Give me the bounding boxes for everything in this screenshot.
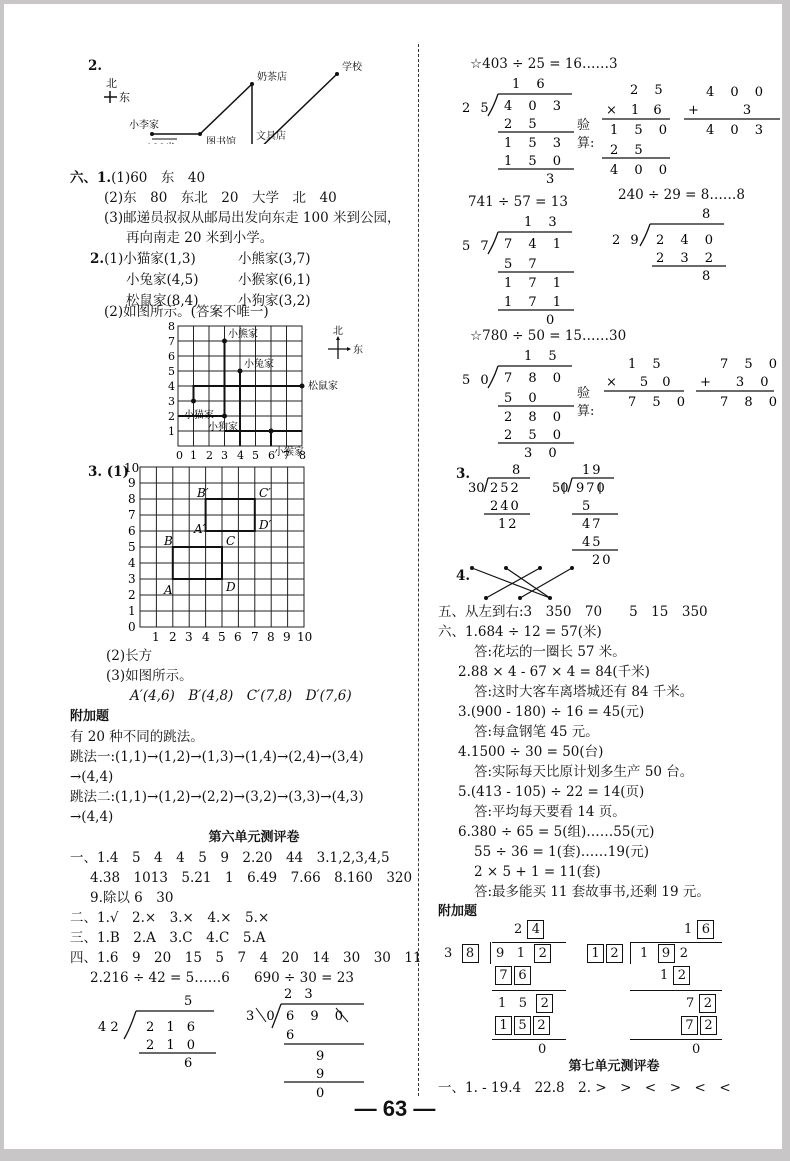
svg-text:小熊家: 小熊家 <box>228 327 258 340</box>
svg-text:8: 8 <box>168 322 175 333</box>
svg-text:45: 45 <box>582 535 603 550</box>
sec6-q2-row2b: 小猴家(6,1) <box>238 272 311 288</box>
sec6-line-3: 2.88 × 4 - 67 × 4 = 84(千米) <box>458 664 650 680</box>
svg-text:4: 4 <box>128 556 136 570</box>
svg-text:松鼠家: 松鼠家 <box>308 379 338 392</box>
long-division-252-30: 8 30 252 240 12 <box>468 462 538 532</box>
boxed-division-b-remainder: 0 <box>692 1042 700 1058</box>
svg-text:D′: D′ <box>258 518 272 532</box>
svg-text:2 5: 2 5 <box>630 83 669 98</box>
page-number: — 63 — <box>0 1096 790 1122</box>
svg-text:9: 9 <box>316 1049 324 1064</box>
check-multiply-15x50: 1 5 × 5 0 7 5 0 <box>604 352 694 412</box>
svg-text:2 5: 2 5 <box>504 117 543 132</box>
svg-text:19: 19 <box>582 463 603 478</box>
svg-text:10: 10 <box>297 630 312 644</box>
sec6-line-13: 2 × 5 + 1 = 11(套) <box>474 864 601 880</box>
svg-text:47: 47 <box>582 517 603 532</box>
svg-text:2 3: 2 3 <box>284 987 317 1002</box>
sec6-line-10: 答:平均每天要看 14 页。 <box>474 804 626 820</box>
svg-text:4 0 0: 4 0 0 <box>610 163 673 178</box>
svg-text:9: 9 <box>128 476 136 490</box>
svg-text:奶茶店: 奶茶店 <box>257 70 287 83</box>
long-division-741-57: 1 3 5 7 7 4 1 5 7 1 7 1 1 7 1 0 <box>460 212 580 326</box>
svg-text:5: 5 <box>168 365 175 378</box>
sec6-line-1: 六、1.684 ÷ 12 = 57(米) <box>438 624 602 640</box>
q3-answer-2: (2)长方 <box>106 648 152 664</box>
check-label-4: 算: <box>577 404 594 420</box>
check-add-750-30: 7 5 0 + 3 0 7 8 0 <box>694 352 784 412</box>
unit7-sec1: 一、1. - 19.4 22.8 2. > > < > < < <box>438 1080 731 1096</box>
boxed-division-912-38: 2 4 3 8 9 1 2 76 1 5 2 152 <box>436 918 566 1038</box>
unit6-sec4-line1: 四、1.6 9 20 15 5 7 4 20 14 30 30 11 <box>70 950 422 966</box>
svg-text:1 6: 1 6 <box>512 77 551 92</box>
svg-text:1 7 1: 1 7 1 <box>504 295 567 310</box>
svg-text:7: 7 <box>251 630 259 644</box>
place-label-stationery: 文具店 <box>256 129 286 145</box>
answer-page: 2. 北 东 小李家 图书馆 奶茶店 学校 100米 文具店 六、1.(1)60… <box>4 4 782 1149</box>
svg-text:5 7: 5 7 <box>462 239 492 254</box>
svg-text:1 7 1: 1 7 1 <box>504 276 567 291</box>
svg-text:8: 8 <box>702 269 710 284</box>
unit6-sec2: 二、1.√ 2.× 3.× 4.× 5.× <box>70 910 269 926</box>
svg-text:1 5 0: 1 5 0 <box>504 154 567 169</box>
unit6-sec1-line1: 一、1.4 5 4 4 5 9 2.20 44 3.1,2,3,4,5 <box>70 850 390 866</box>
svg-text:A: A <box>163 583 173 597</box>
extra-line-4: 跳法二:(1,1)→(1,2)→(2,2)→(3,2)→(3,3)→(4,3) <box>70 789 364 805</box>
svg-text:8: 8 <box>267 630 275 644</box>
q3-answer-3: (3)如图所示。 <box>106 668 193 684</box>
sec6-q1-part1: 六、1.(1)60 东 40 <box>70 170 205 186</box>
svg-text:5 7: 5 7 <box>504 257 543 272</box>
svg-text:2 1 6: 2 1 6 <box>146 1020 199 1035</box>
svg-text:3: 3 <box>128 572 136 586</box>
problem-240-title: 240 ÷ 29 = 8……8 <box>618 187 745 203</box>
svg-text:7 4 1: 7 4 1 <box>504 237 567 252</box>
sec6-line-8: 答:实际每天比原计划多生产 50 台。 <box>474 764 693 780</box>
unit6-sec3: 三、1.B 2.A 3.C 4.C 5.A <box>70 930 265 946</box>
svg-text:7 8 0: 7 8 0 <box>504 371 567 386</box>
svg-text:3: 3 <box>168 395 175 408</box>
svg-text:东: 东 <box>353 343 363 356</box>
extra-line-5: →(4,4) <box>70 809 113 825</box>
boxed-division-a-remainder: 0 <box>538 1042 546 1058</box>
sec6-line-14: 答:最多能买 11 套故事书,还剩 19 元。 <box>474 884 710 900</box>
long-division-690-30: 2 3 3 0 6 9 0 6 9 9 0 <box>244 984 374 1099</box>
sec6-q1-part3-line2: 再向南走 20 米到小学。 <box>126 230 273 246</box>
svg-text:5: 5 <box>184 994 192 1009</box>
svg-text:2 4 0: 2 4 0 <box>656 233 719 248</box>
check-multiply-25x16: 2 5 × 1 6 1 5 0 2 5 4 0 0 <box>600 80 680 180</box>
svg-text:图书馆: 图书馆 <box>206 135 236 144</box>
svg-text:1 5 3: 1 5 3 <box>504 136 567 151</box>
sec6-line-12: 55 ÷ 36 = 1(套)……19(元) <box>474 844 649 860</box>
svg-text:6 9 0: 6 9 0 <box>286 1009 349 1024</box>
svg-text:6: 6 <box>128 524 136 538</box>
svg-text:北: 北 <box>333 325 343 337</box>
sec6-q2-row1b: 小熊家(3,7) <box>238 251 311 267</box>
sec6-q2-row1: 2.(1)小猫家(1,3) <box>90 251 196 267</box>
svg-text:6: 6 <box>168 350 175 363</box>
long-division-970-50: 19 50 970 5 47 45 20 <box>552 462 622 570</box>
svg-text:2 3 2: 2 3 2 <box>656 251 719 266</box>
unit6-sec4-line2a: 2.216 ÷ 42 = 5……6 <box>90 970 230 986</box>
svg-text:9: 9 <box>283 630 291 644</box>
svg-text:8: 8 <box>128 492 136 506</box>
svg-text:12: 12 <box>498 517 519 532</box>
svg-text:4: 4 <box>202 630 210 644</box>
sec6-line-9: 5.(413 - 105) ÷ 22 = 14(页) <box>458 784 644 800</box>
sec6-q1-part3-line1: (3)邮递员叔叔从邮局出发向东走 100 米到公园， <box>104 210 400 226</box>
svg-text:小猫家: 小猫家 <box>184 408 214 421</box>
svg-text:小狗家: 小狗家 <box>208 420 238 433</box>
svg-text:2: 2 <box>169 630 177 644</box>
svg-text:C′: C′ <box>259 486 271 500</box>
check-label-1: 验 <box>577 118 590 134</box>
svg-text:2: 2 <box>168 410 175 423</box>
svg-text:1: 1 <box>128 604 136 618</box>
svg-text:小兔家: 小兔家 <box>244 357 274 370</box>
sec6-line-4: 答:这时大客车离塔城还有 84 千米。 <box>474 684 693 700</box>
coordinate-grid-rectangles: A B C D A′ B′ C′ D′ 0 1 2 3 4 5 6 7 8 9 … <box>114 459 324 649</box>
svg-text:1: 1 <box>152 630 160 644</box>
svg-text:30: 30 <box>468 481 485 496</box>
sec6-line-2: 答:花坛的一圈长 57 米。 <box>474 644 626 660</box>
svg-text:20: 20 <box>592 553 613 568</box>
svg-text:A′: A′ <box>193 522 206 536</box>
svg-text:2: 2 <box>128 588 136 602</box>
svg-text:1: 1 <box>168 425 175 438</box>
svg-text:6: 6 <box>184 1056 192 1069</box>
long-division-780-50: 1 5 5 0 7 8 0 5 0 2 8 0 2 5 0 3 0 <box>460 346 580 458</box>
svg-text:C: C <box>226 534 235 548</box>
svg-text:100米: 100米 <box>146 141 175 144</box>
sec6-line-5: 3.(900 - 180) ÷ 16 = 45(元) <box>458 704 644 720</box>
svg-text:5: 5 <box>582 499 590 514</box>
svg-text:10: 10 <box>124 461 139 475</box>
svg-text:4 0 3: 4 0 3 <box>706 123 769 138</box>
sec6-q2-figure-note: (2)如图所示。(答案不唯一) <box>104 304 269 320</box>
svg-text:1 5: 1 5 <box>628 357 667 372</box>
svg-text:+ 3 0: + 3 0 <box>700 375 775 390</box>
svg-text:7 5 0: 7 5 0 <box>628 395 691 410</box>
svg-text:0: 0 <box>546 313 554 326</box>
sec6-line-7: 4.1500 ÷ 30 = 50(台) <box>458 744 603 760</box>
svg-text:小李家: 小李家 <box>129 118 159 131</box>
svg-text:9: 9 <box>316 1067 324 1082</box>
route-map: 北 东 小李家 图书馆 奶茶店 学校 100米 <box>84 54 394 144</box>
long-division-216-42: 5 4 2 2 1 6 2 1 0 6 <box>94 989 224 1069</box>
svg-text:970: 970 <box>576 481 607 496</box>
svg-text:1 3: 1 3 <box>524 215 563 230</box>
svg-text:50: 50 <box>552 481 569 496</box>
svg-text:252: 252 <box>490 481 521 496</box>
extra-line-3: →(4,4) <box>70 769 113 785</box>
svg-text:B′: B′ <box>196 486 209 500</box>
svg-text:B: B <box>163 534 173 548</box>
svg-text:7: 7 <box>128 508 136 522</box>
svg-text:8: 8 <box>702 207 710 222</box>
problem-741-title: 741 ÷ 57 = 13 <box>468 194 568 210</box>
svg-text:学校: 学校 <box>342 60 363 73</box>
column-divider <box>418 44 419 1096</box>
sec5-answers: 五、从左到右:3 350 70 5 15 350 <box>438 604 708 620</box>
problem-403-title: ☆403 ÷ 25 = 16……3 <box>470 56 618 72</box>
svg-text:7 5 0: 7 5 0 <box>720 357 783 372</box>
svg-text:1 5: 1 5 <box>524 349 563 364</box>
svg-text:3: 3 <box>546 172 554 184</box>
svg-text:2 8 0: 2 8 0 <box>504 410 567 425</box>
unit6-title: 第六单元测评卷 <box>154 830 354 846</box>
long-division-403-25: 1 6 2 5 4 0 3 2 5 1 5 3 1 5 0 3 <box>460 74 580 184</box>
unit6-sec1-line3: 9.除以 6 30 <box>90 890 173 906</box>
svg-text:2 5 0: 2 5 0 <box>504 428 567 443</box>
svg-text:+ 3: + 3 <box>688 103 757 118</box>
svg-text:240: 240 <box>490 499 521 514</box>
svg-text:1 5 0: 1 5 0 <box>610 123 673 138</box>
svg-text:6: 6 <box>234 630 242 644</box>
extra-line-1: 有 20 种不同的跳法。 <box>70 729 204 745</box>
boxed-division-192-12: 1 6 12 1 9 2 1 2 7 2 72 <box>586 918 726 1038</box>
long-division-240-29: 8 2 9 2 4 0 2 3 2 8 <box>610 204 730 284</box>
svg-text:5: 5 <box>218 630 226 644</box>
sec6-q2-row2a: 小兔家(4,5) <box>126 272 199 288</box>
svg-text:5: 5 <box>128 540 136 554</box>
svg-text:2 5: 2 5 <box>462 101 492 116</box>
svg-text:北: 北 <box>106 77 117 90</box>
sec6-line-6: 答:每盒钢笔 45 元。 <box>474 724 599 740</box>
svg-text:4: 4 <box>168 380 175 393</box>
problem-780-title: ☆780 ÷ 50 = 15……30 <box>470 328 626 344</box>
svg-text:3 0: 3 0 <box>524 446 563 458</box>
svg-text:8: 8 <box>512 463 520 478</box>
svg-text:6: 6 <box>286 1028 294 1043</box>
svg-text:7: 7 <box>168 335 175 348</box>
svg-text:4 0 0: 4 0 0 <box>706 85 769 100</box>
matching-lines <box>468 564 578 604</box>
svg-text:2 9: 2 9 <box>612 233 642 248</box>
svg-text:7 8 0: 7 8 0 <box>720 395 783 410</box>
check-label-3: 验 <box>577 386 590 402</box>
q3-coordinates: A′(4,6) B′(4,8) C′(7,8) D′(7,6) <box>130 688 352 704</box>
check-add-400-3: 4 0 0 + 3 4 0 3 <box>680 80 780 140</box>
svg-text:5 0: 5 0 <box>504 391 543 406</box>
check-label-2: 算: <box>577 136 594 152</box>
svg-text:2 5: 2 5 <box>610 143 649 158</box>
svg-text:4 2: 4 2 <box>98 1020 119 1035</box>
sec6-q1-part2: (2)东 80 东北 20 大学 北 40 <box>104 190 337 206</box>
svg-text:5 0: 5 0 <box>462 373 492 388</box>
compass-icon: 北 东 <box>326 324 366 364</box>
extra-line-2: 跳法一:(1,1)→(1,2)→(1,3)→(1,4)→(2,4)→(3,4) <box>70 749 364 765</box>
svg-text:3: 3 <box>185 630 193 644</box>
unit7-title: 第七单元测评卷 <box>514 1059 714 1075</box>
svg-text:0: 0 <box>128 620 136 634</box>
svg-text:4 0 3: 4 0 3 <box>504 99 567 114</box>
svg-text:东: 东 <box>119 91 130 104</box>
sec6-line-11: 6.380 ÷ 65 = 5(组)……55(元) <box>458 824 654 840</box>
unit6-sec1-line2: 4.38 1013 5.21 1 6.49 7.66 8.160 320 <box>90 870 412 886</box>
extra-title-left: 附加题 <box>70 709 109 725</box>
svg-text:D: D <box>225 580 236 594</box>
compass-icon: 北 东 <box>104 77 130 104</box>
svg-text:× 1 6: × 1 6 <box>606 103 667 118</box>
svg-text:2 1 0: 2 1 0 <box>146 1038 199 1053</box>
svg-text:× 5 0: × 5 0 <box>606 375 676 390</box>
